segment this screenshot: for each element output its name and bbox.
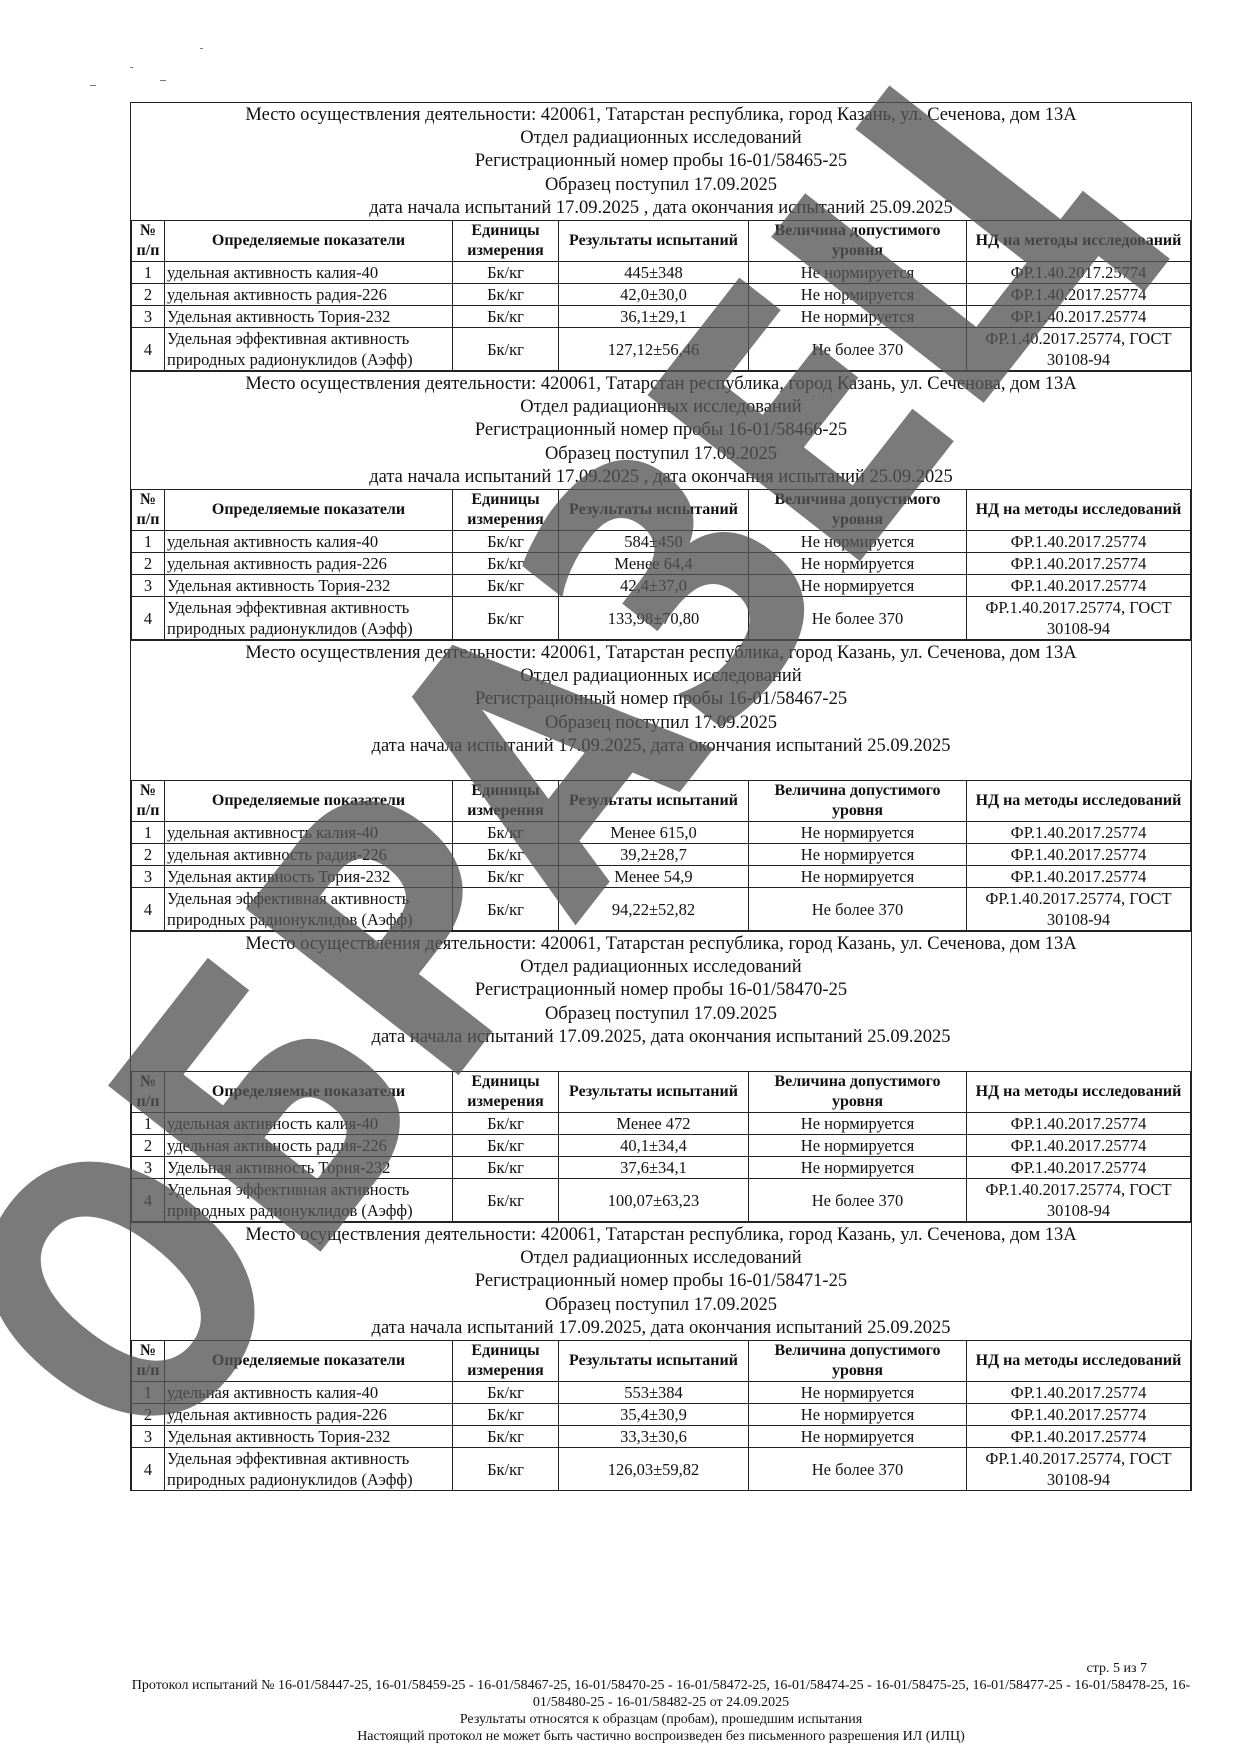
sample-header: Место осуществления деятельности: 420061… (131, 372, 1191, 489)
column-header-result: Результаты испытаний (559, 221, 749, 262)
table-header-row: № п/пОпределяемые показателиЕдиницы изме… (132, 221, 1191, 262)
sample-block: Место осуществления деятельности: 420061… (130, 640, 1192, 931)
test-dates: дата начала испытаний 17.09.2025 , дата … (131, 197, 1191, 220)
scan-speck (200, 48, 203, 49)
cell-indicator: Удельная эффективная активность природны… (165, 328, 453, 371)
cell-method: ФР.1.40.2017.25774 (967, 1113, 1191, 1135)
cell-indicator: удельная активность калия-40 (165, 1382, 453, 1404)
results-table: № п/пОпределяемые показателиЕдиницы изме… (131, 220, 1191, 371)
test-dates: дата начала испытаний 17.09.2025, дата о… (131, 1026, 1191, 1049)
cell-result: Менее 615,0 (559, 822, 749, 844)
cell-indicator: удельная активность калия-40 (165, 262, 453, 284)
cell-method: ФР.1.40.2017.25774 (967, 844, 1191, 866)
sample-block: Место осуществления деятельности: 420061… (130, 371, 1192, 640)
cell-method: ФР.1.40.2017.25774 (967, 822, 1191, 844)
cell-n: 2 (132, 1135, 165, 1157)
table-row: 3Удельная активность Тория-232Бк/кг42,4±… (132, 575, 1191, 597)
column-header-method: НД на методы исследований (967, 490, 1191, 531)
column-header-result: Результаты испытаний (559, 781, 749, 822)
cell-indicator: Удельная активность Тория-232 (165, 1426, 453, 1448)
sample-received: Образец поступил 17.09.2025 (131, 1003, 1191, 1026)
cell-unit: Бк/кг (453, 1426, 559, 1448)
scan-speck (130, 67, 133, 68)
cell-limit: Не нормируется (749, 1135, 967, 1157)
column-header-method: НД на методы исследований (967, 221, 1191, 262)
cell-limit: Не нормируется (749, 553, 967, 575)
cell-indicator: удельная активность радия-226 (165, 1135, 453, 1157)
cell-limit: Не нормируется (749, 1157, 967, 1179)
cell-n: 1 (132, 1382, 165, 1404)
cell-n: 3 (132, 1426, 165, 1448)
sample-header: Место осуществления деятельности: 420061… (131, 641, 1191, 780)
column-header-limit: Величина допустимого уровня (749, 1072, 967, 1113)
cell-method: ФР.1.40.2017.25774 (967, 866, 1191, 888)
table-row: 3Удельная активность Тория-232Бк/кг33,3±… (132, 1426, 1191, 1448)
cell-n: 4 (132, 888, 165, 931)
cell-method: ФР.1.40.2017.25774 (967, 1382, 1191, 1404)
department-line: Отдел радиационных исследований (131, 396, 1191, 419)
table-row: 2удельная активность радия-226Бк/кг39,2±… (132, 844, 1191, 866)
cell-indicator: удельная активность радия-226 (165, 553, 453, 575)
location-line: Место осуществления деятельности: 420061… (131, 642, 1191, 665)
page-footer: стр. 5 из 7 Протокол испытаний № 16-01/5… (130, 1660, 1192, 1745)
sample-block: Место осуществления деятельности: 420061… (130, 1222, 1192, 1491)
cell-method: ФР.1.40.2017.25774 (967, 1426, 1191, 1448)
cell-limit: Не нормируется (749, 866, 967, 888)
column-header-method: НД на методы исследований (967, 1341, 1191, 1382)
cell-result: 42,0±30,0 (559, 284, 749, 306)
column-header-n: № п/п (132, 221, 165, 262)
table-row: 2удельная активность радия-226Бк/кг42,0±… (132, 284, 1191, 306)
results-table: № п/пОпределяемые показателиЕдиницы изме… (131, 1340, 1191, 1491)
page-number: стр. 5 из 7 (130, 1660, 1192, 1677)
cell-method: ФР.1.40.2017.25774 (967, 284, 1191, 306)
table-row: 4Удельная эффективная активность природн… (132, 328, 1191, 371)
table-row: 3Удельная активность Тория-232Бк/кг36,1±… (132, 306, 1191, 328)
cell-unit: Бк/кг (453, 1157, 559, 1179)
cell-n: 2 (132, 553, 165, 575)
registration-number: Регистрационный номер пробы 16-01/58470-… (131, 979, 1191, 1002)
cell-indicator: удельная активность калия-40 (165, 822, 453, 844)
cell-unit: Бк/кг (453, 822, 559, 844)
cell-indicator: Удельная эффективная активность природны… (165, 1179, 453, 1222)
cell-result: 42,4±37,0 (559, 575, 749, 597)
cell-unit: Бк/кг (453, 262, 559, 284)
cell-method: ФР.1.40.2017.25774 (967, 1157, 1191, 1179)
cell-method: ФР.1.40.2017.25774 (967, 575, 1191, 597)
cell-unit: Бк/кг (453, 1448, 559, 1491)
column-header-n: № п/п (132, 1341, 165, 1382)
column-header-unit: Единицы измерения (453, 221, 559, 262)
column-header-method: НД на методы исследований (967, 781, 1191, 822)
cell-result: 127,12±56,46 (559, 328, 749, 371)
cell-indicator: Удельная активность Тория-232 (165, 575, 453, 597)
cell-limit: Не более 370 (749, 1179, 967, 1222)
cell-result: 35,4±30,9 (559, 1404, 749, 1426)
table-row: 2удельная активность радия-226Бк/кг40,1±… (132, 1135, 1191, 1157)
column-header-limit: Величина допустимого уровня (749, 1341, 967, 1382)
cell-n: 2 (132, 1404, 165, 1426)
cell-unit: Бк/кг (453, 306, 559, 328)
cell-method: ФР.1.40.2017.25774, ГОСТ 30108-94 (967, 888, 1191, 931)
cell-n: 1 (132, 822, 165, 844)
table-row: 2удельная активность радия-226Бк/кгМенее… (132, 553, 1191, 575)
test-dates: дата начала испытаний 17.09.2025, дата о… (131, 1317, 1191, 1340)
cell-method: ФР.1.40.2017.25774 (967, 306, 1191, 328)
cell-indicator: удельная активность радия-226 (165, 284, 453, 306)
cell-indicator: удельная активность радия-226 (165, 844, 453, 866)
sample-received: Образец поступил 17.09.2025 (131, 1294, 1191, 1317)
cell-n: 2 (132, 284, 165, 306)
cell-method: ФР.1.40.2017.25774, ГОСТ 30108-94 (967, 1448, 1191, 1491)
cell-method: ФР.1.40.2017.25774, ГОСТ 30108-94 (967, 597, 1191, 640)
cell-limit: Не нормируется (749, 844, 967, 866)
registration-number: Регистрационный номер пробы 16-01/58465-… (131, 150, 1191, 173)
cell-unit: Бк/кг (453, 1113, 559, 1135)
cell-unit: Бк/кг (453, 866, 559, 888)
cell-result: 39,2±28,7 (559, 844, 749, 866)
location-line: Место осуществления деятельности: 420061… (131, 104, 1191, 127)
cell-result: 36,1±29,1 (559, 306, 749, 328)
column-header-n: № п/п (132, 781, 165, 822)
protocol-reference: Протокол испытаний № 16-01/58447-25, 16-… (130, 1677, 1192, 1711)
registration-number: Регистрационный номер пробы 16-01/58466-… (131, 419, 1191, 442)
cell-n: 1 (132, 1113, 165, 1135)
cell-limit: Не нормируется (749, 1382, 967, 1404)
cell-n: 4 (132, 597, 165, 640)
cell-n: 3 (132, 306, 165, 328)
cell-unit: Бк/кг (453, 844, 559, 866)
department-line: Отдел радиационных исследований (131, 127, 1191, 150)
column-header-indicator: Определяемые показатели (165, 490, 453, 531)
sample-block: Место осуществления деятельности: 420061… (130, 931, 1192, 1222)
table-header-row: № п/пОпределяемые показателиЕдиницы изме… (132, 1341, 1191, 1382)
column-header-indicator: Определяемые показатели (165, 1072, 453, 1113)
column-header-unit: Единицы измерения (453, 781, 559, 822)
scan-speck (160, 80, 166, 81)
cell-limit: Не нормируется (749, 531, 967, 553)
table-row: 1удельная активность калия-40Бк/кг553±38… (132, 1382, 1191, 1404)
column-header-indicator: Определяемые показатели (165, 781, 453, 822)
cell-unit: Бк/кг (453, 1135, 559, 1157)
location-line: Место осуществления деятельности: 420061… (131, 1224, 1191, 1247)
cell-indicator: удельная активность радия-226 (165, 1404, 453, 1426)
cell-method: ФР.1.40.2017.25774, ГОСТ 30108-94 (967, 328, 1191, 371)
cell-n: 4 (132, 1448, 165, 1491)
scan-artifacts (0, 0, 300, 100)
cell-result: 133,98±70,80 (559, 597, 749, 640)
column-header-unit: Единицы измерения (453, 1341, 559, 1382)
cell-method: ФР.1.40.2017.25774 (967, 1135, 1191, 1157)
sample-header: Место осуществления деятельности: 420061… (131, 1223, 1191, 1340)
cell-indicator: Удельная эффективная активность природны… (165, 888, 453, 931)
cell-result: 94,22±52,82 (559, 888, 749, 931)
sample-received: Образец поступил 17.09.2025 (131, 443, 1191, 466)
column-header-n: № п/п (132, 490, 165, 531)
cell-result: 126,03±59,82 (559, 1448, 749, 1491)
cell-unit: Бк/кг (453, 1179, 559, 1222)
cell-result: 553±384 (559, 1382, 749, 1404)
cell-limit: Не нормируется (749, 822, 967, 844)
cell-unit: Бк/кг (453, 284, 559, 306)
cell-method: ФР.1.40.2017.25774 (967, 1404, 1191, 1426)
column-header-unit: Единицы измерения (453, 1072, 559, 1113)
results-table: № п/пОпределяемые показателиЕдиницы изме… (131, 1071, 1191, 1222)
results-table: № п/пОпределяемые показателиЕдиницы изме… (131, 780, 1191, 931)
cell-result: 37,6±34,1 (559, 1157, 749, 1179)
department-line: Отдел радиационных исследований (131, 956, 1191, 979)
column-header-limit: Величина допустимого уровня (749, 781, 967, 822)
column-header-result: Результаты испытаний (559, 490, 749, 531)
cell-limit: Не нормируется (749, 575, 967, 597)
cell-indicator: Удельная активность Тория-232 (165, 1157, 453, 1179)
cell-n: 2 (132, 844, 165, 866)
table-row: 4Удельная эффективная активность природн… (132, 597, 1191, 640)
scan-speck (90, 85, 96, 86)
cell-unit: Бк/кг (453, 597, 559, 640)
table-header-row: № п/пОпределяемые показателиЕдиницы изме… (132, 1072, 1191, 1113)
cell-n: 4 (132, 328, 165, 371)
cell-limit: Не нормируется (749, 306, 967, 328)
cell-n: 1 (132, 531, 165, 553)
cell-method: ФР.1.40.2017.25774 (967, 531, 1191, 553)
cell-result: 40,1±34,4 (559, 1135, 749, 1157)
registration-number: Регистрационный номер пробы 16-01/58471-… (131, 1270, 1191, 1293)
cell-indicator: Удельная активность Тория-232 (165, 306, 453, 328)
cell-unit: Бк/кг (453, 575, 559, 597)
cell-result: Менее 472 (559, 1113, 749, 1135)
table-row: 3Удельная активность Тория-232Бк/кгМенее… (132, 866, 1191, 888)
registration-number: Регистрационный номер пробы 16-01/58467-… (131, 688, 1191, 711)
column-header-result: Результаты испытаний (559, 1341, 749, 1382)
cell-unit: Бк/кг (453, 888, 559, 931)
cell-result: Менее 64,4 (559, 553, 749, 575)
cell-result: Менее 54,9 (559, 866, 749, 888)
cell-limit: Не более 370 (749, 597, 967, 640)
column-header-limit: Величина допустимого уровня (749, 221, 967, 262)
location-line: Место осуществления деятельности: 420061… (131, 933, 1191, 956)
column-header-method: НД на методы исследований (967, 1072, 1191, 1113)
protocol-document: Место осуществления деятельности: 420061… (130, 102, 1192, 1491)
reproduction-note: Настоящий протокол не может быть частичн… (130, 1728, 1192, 1745)
cell-limit: Не нормируется (749, 1113, 967, 1135)
column-header-result: Результаты испытаний (559, 1072, 749, 1113)
cell-unit: Бк/кг (453, 553, 559, 575)
cell-n: 3 (132, 575, 165, 597)
cell-limit: Не нормируется (749, 262, 967, 284)
cell-method: ФР.1.40.2017.25774, ГОСТ 30108-94 (967, 1179, 1191, 1222)
column-header-limit: Величина допустимого уровня (749, 490, 967, 531)
column-header-indicator: Определяемые показатели (165, 1341, 453, 1382)
table-row: 1удельная активность калия-40Бк/кгМенее … (132, 822, 1191, 844)
test-dates: дата начала испытаний 17.09.2025 , дата … (131, 466, 1191, 489)
table-row: 1удельная активность калия-40Бк/кгМенее … (132, 1113, 1191, 1135)
cell-limit: Не нормируется (749, 1426, 967, 1448)
cell-n: 1 (132, 262, 165, 284)
table-row: 2удельная активность радия-226Бк/кг35,4±… (132, 1404, 1191, 1426)
cell-limit: Не нормируется (749, 284, 967, 306)
table-row: 4Удельная эффективная активность природн… (132, 888, 1191, 931)
department-line: Отдел радиационных исследований (131, 1247, 1191, 1270)
cell-method: ФР.1.40.2017.25774 (967, 262, 1191, 284)
cell-indicator: удельная активность калия-40 (165, 531, 453, 553)
table-row: 1удельная активность калия-40Бк/кг445±34… (132, 262, 1191, 284)
table-row: 3Удельная активность Тория-232Бк/кг37,6±… (132, 1157, 1191, 1179)
table-row: 1удельная активность калия-40Бк/кг584±45… (132, 531, 1191, 553)
cell-indicator: Удельная активность Тория-232 (165, 866, 453, 888)
cell-indicator: удельная активность калия-40 (165, 1113, 453, 1135)
table-header-row: № п/пОпределяемые показателиЕдиницы изме… (132, 490, 1191, 531)
sample-received: Образец поступил 17.09.2025 (131, 712, 1191, 735)
cell-limit: Не нормируется (749, 1404, 967, 1426)
cell-limit: Не более 370 (749, 328, 967, 371)
results-table: № п/пОпределяемые показателиЕдиницы изме… (131, 489, 1191, 640)
location-line: Место осуществления деятельности: 420061… (131, 373, 1191, 396)
cell-method: ФР.1.40.2017.25774 (967, 553, 1191, 575)
department-line: Отдел радиационных исследований (131, 665, 1191, 688)
column-header-indicator: Определяемые показатели (165, 221, 453, 262)
cell-unit: Бк/кг (453, 531, 559, 553)
column-header-n: № п/п (132, 1072, 165, 1113)
cell-unit: Бк/кг (453, 1382, 559, 1404)
cell-result: 584±450 (559, 531, 749, 553)
cell-result: 33,3±30,6 (559, 1426, 749, 1448)
table-header-row: № п/пОпределяемые показателиЕдиницы изме… (132, 781, 1191, 822)
table-row: 4Удельная эффективная активность природн… (132, 1448, 1191, 1491)
sample-header: Место осуществления деятельности: 420061… (131, 103, 1191, 220)
sample-received: Образец поступил 17.09.2025 (131, 174, 1191, 197)
cell-n: 3 (132, 866, 165, 888)
cell-limit: Не более 370 (749, 1448, 967, 1491)
cell-result: 100,07±63,23 (559, 1179, 749, 1222)
test-dates: дата начала испытаний 17.09.2025, дата о… (131, 735, 1191, 758)
results-note: Результаты относятся к образцам (пробам)… (130, 1711, 1192, 1728)
cell-n: 3 (132, 1157, 165, 1179)
table-row: 4Удельная эффективная активность природн… (132, 1179, 1191, 1222)
cell-unit: Бк/кг (453, 328, 559, 371)
cell-limit: Не более 370 (749, 888, 967, 931)
sample-block: Место осуществления деятельности: 420061… (130, 102, 1192, 371)
column-header-unit: Единицы измерения (453, 490, 559, 531)
cell-n: 4 (132, 1179, 165, 1222)
cell-unit: Бк/кг (453, 1404, 559, 1426)
cell-result: 445±348 (559, 262, 749, 284)
sample-header: Место осуществления деятельности: 420061… (131, 932, 1191, 1071)
cell-indicator: Удельная эффективная активность природны… (165, 1448, 453, 1491)
cell-indicator: Удельная эффективная активность природны… (165, 597, 453, 640)
